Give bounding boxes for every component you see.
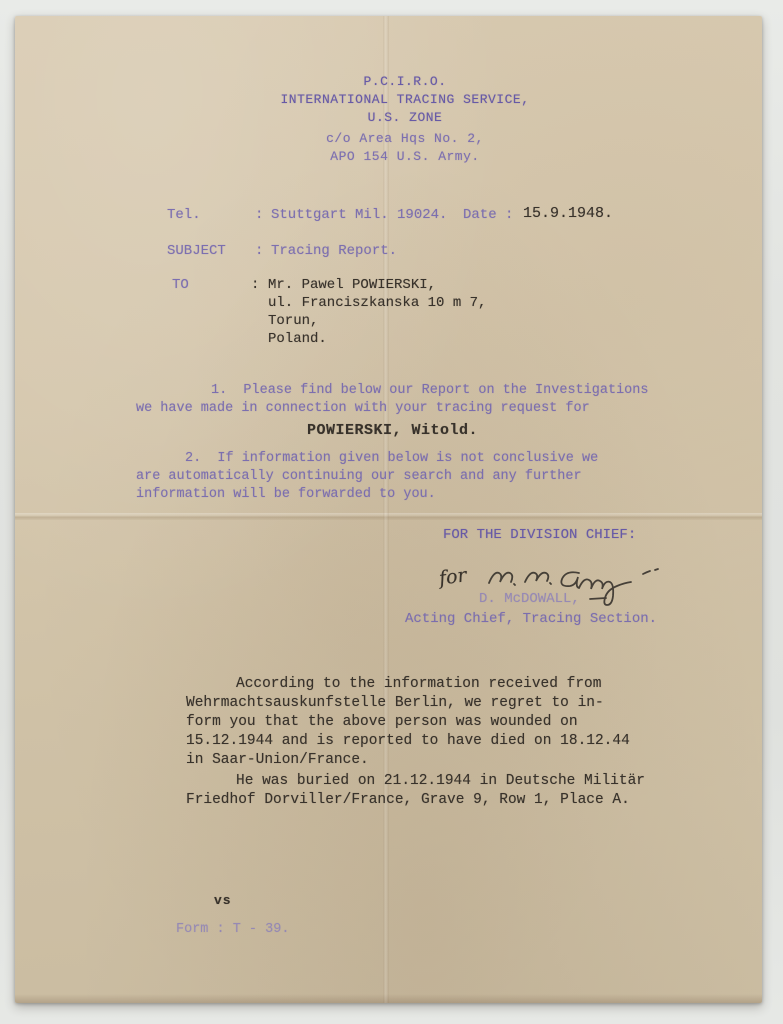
letterhead: P.C.I.R.O. INTERNATIONAL TRACING SERVICE…: [240, 73, 570, 166]
recipient-country: Poland.: [268, 330, 327, 348]
horizontal-fold-crease: [15, 513, 762, 520]
notice-para1-line2: we have made in connection with your tra…: [136, 400, 590, 418]
handwritten-for: for: [438, 566, 468, 588]
to-label: TO: [172, 276, 189, 294]
report-para2-line1: He was buried on 21.12.1944 in Deutsche …: [236, 772, 645, 791]
typist-initials: vs: [214, 892, 232, 910]
report-para1-line2: Wehrmachtsauskunfstelle Berlin, we regre…: [186, 694, 604, 713]
org-name: INTERNATIONAL TRACING SERVICE,: [240, 91, 570, 109]
org-abbrev: P.C.I.R.O.: [240, 73, 570, 91]
traced-person-name: POWIERSKI, Witold.: [307, 422, 478, 440]
recipient-name: Mr. Pawel POWIERSKI,: [268, 276, 436, 294]
notice-para1-line1: 1. Please find below our Report on the I…: [211, 382, 648, 400]
signatory-title: Acting Chief, Tracing Section.: [405, 610, 657, 628]
report-para2-line2: Friedhof Dorviller/France, Grave 9, Row …: [186, 791, 630, 810]
report-para1-line1: According to the information received fr…: [236, 675, 601, 694]
org-address-line1: c/o Area Hqs No. 2,: [240, 130, 570, 148]
date-label: Date :: [463, 206, 513, 224]
subject-value: Tracing Report.: [271, 242, 397, 260]
notice-para2-line1: 2. If information given below is not con…: [185, 450, 598, 468]
notice-para2-line2: are automatically continuing our search …: [136, 468, 582, 486]
report-para1-line5: in Saar-Union/France.: [186, 751, 369, 770]
notice-para2-line3: information will be forwarded to you.: [136, 486, 436, 504]
report-para1-line4: 15.12.1944 and is reported to have died …: [186, 732, 630, 751]
photo-backdrop: { "colors": { "backdrop": "#e2e4e1", "pa…: [0, 0, 783, 1024]
org-zone: U.S. ZONE: [240, 109, 570, 127]
tel-colon: :: [255, 206, 263, 224]
date-value: 15.9.1948.: [523, 205, 613, 223]
signatory-name: D. McDOWALL,: [479, 590, 580, 608]
to-colon: :: [251, 276, 259, 294]
division-chief-heading: FOR THE DIVISION CHIEF:: [443, 526, 636, 544]
tel-value: Stuttgart Mil. 19024.: [271, 206, 447, 224]
form-reference: Form : T - 39.: [176, 921, 289, 939]
letter-document: P.C.I.R.O. INTERNATIONAL TRACING SERVICE…: [15, 16, 762, 1003]
subject-label: SUBJECT: [167, 242, 226, 260]
recipient-city: Torun,: [268, 312, 318, 330]
org-address-line2: APO 154 U.S. Army.: [240, 148, 570, 166]
subject-colon: :: [255, 242, 263, 260]
recipient-street: ul. Franciszkanska 10 m 7,: [268, 294, 486, 312]
tel-label: Tel.: [167, 206, 201, 224]
report-para1-line3: form you that the above person was wound…: [186, 713, 578, 732]
